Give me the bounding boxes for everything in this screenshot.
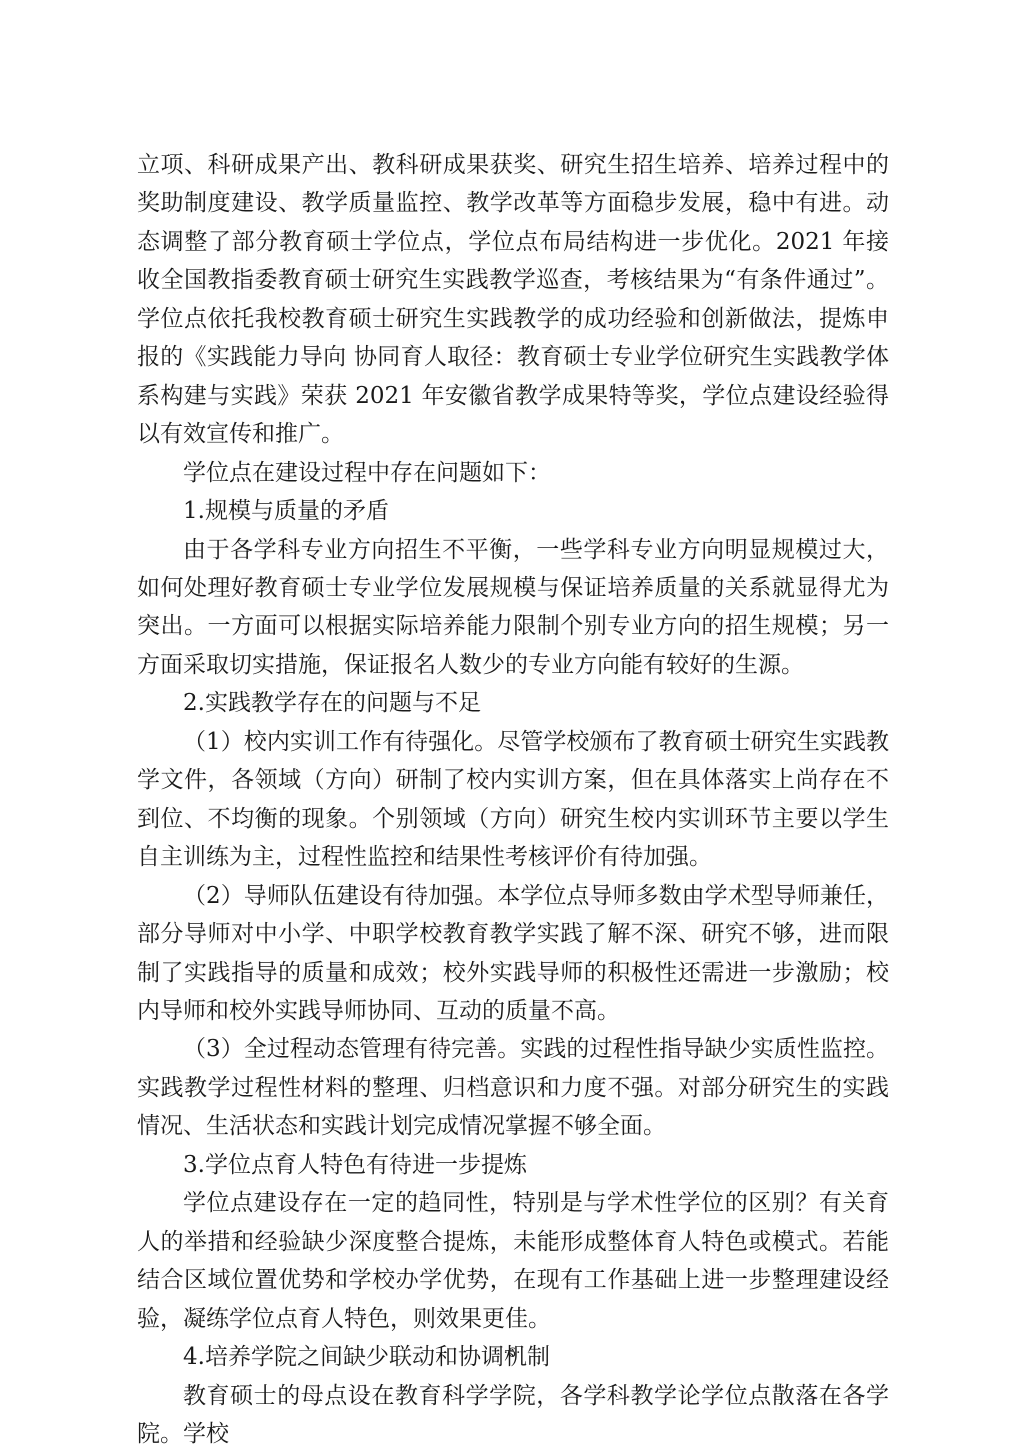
heading-characteristics: 3.学位点育人特色有待进一步提炼	[137, 1146, 889, 1184]
document-body: 立项、科研成果产出、教科研成果获奖、研究生招生培养、培养过程中的奖助制度建设、教…	[137, 146, 889, 1448]
heading-practice-teaching: 2.实践教学存在的问题与不足	[137, 684, 889, 722]
paragraph-practice-3: （3）全过程动态管理有待完善。实践的过程性指导缺少实质性监控。实践教学过程性材料…	[137, 1030, 889, 1145]
paragraph-intro-problems: 学位点在建设过程中存在问题如下：	[137, 454, 889, 492]
paragraph-coordination: 教育硕士的母点设在教育科学学院，各学科教学论学位点散落在各学院。学校	[137, 1377, 889, 1448]
page-number: ·6·	[0, 1345, 1024, 1362]
paragraph-scale-quality: 由于各学科专业方向招生不平衡，一些学科专业方向明显规模过大，如何处理好教育硕士专…	[137, 531, 889, 685]
paragraph-practice-1: （1）校内实训工作有待强化。尽管学校颁布了教育硕士研究生实践教学文件，各领域（方…	[137, 723, 889, 877]
paragraph-practice-2: （2）导师队伍建设有待加强。本学位点导师多数由学术型导师兼任，部分导师对中小学、…	[137, 877, 889, 1031]
paragraph-characteristics: 学位点建设存在一定的趋同性，特别是与学术性学位的区别？有关育人的举措和经验缺少深…	[137, 1184, 889, 1338]
paragraph-continuation: 立项、科研成果产出、教科研成果获奖、研究生招生培养、培养过程中的奖助制度建设、教…	[137, 146, 889, 454]
heading-scale-quality: 1.规模与质量的矛盾	[137, 492, 889, 530]
